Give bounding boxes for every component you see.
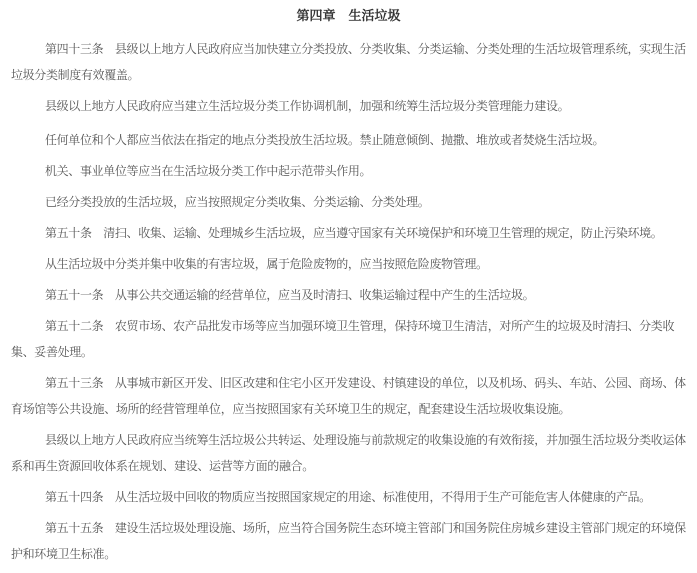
law-paragraph: 第五十二条 农贸市场、农产品批发市场等应当加强环境卫生管理，保持环境卫生清洁，对… [11, 313, 686, 365]
law-paragraph: 县级以上地方人民政府应当建立生活垃圾分类工作协调机制，加强和统筹生活垃圾分类管理… [11, 93, 686, 119]
law-paragraph: 第五十三条 从事城市新区开发、旧区改建和住宅小区开发建设、村镇建设的单位，以及机… [11, 370, 686, 422]
law-paragraph: 第五十五条 建设生活垃圾处理设施、场所，应当符合国务院生态环境主管部门和国务院住… [11, 515, 686, 567]
law-paragraph: 第五十四条 从生活垃圾中回收的物质应当按照国家规定的用途、标准使用，不得用于生产… [11, 484, 686, 510]
law-paragraph: 第四十三条 县级以上地方人民政府应当加快建立分类投放、分类收集、分类运输、分类处… [11, 36, 686, 88]
chapter-title: 第四章 生活垃圾 [11, 6, 686, 28]
law-paragraph: 任何单位和个人都应当依法在指定的地点分类投放生活垃圾。禁止随意倾倒、抛撒、堆放或… [11, 127, 686, 153]
law-paragraph: 第五十条 清扫、收集、运输、处理城乡生活垃圾，应当遵守国家有关环境保护和环境卫生… [11, 220, 686, 246]
law-paragraph: 从生活垃圾中分类并集中收集的有害垃圾，属于危险废物的，应当按照危险废物管理。 [11, 251, 686, 277]
document-page: 第四章 生活垃圾 第四十三条 县级以上地方人民政府应当加快建立分类投放、分类收集… [0, 0, 697, 573]
law-paragraph: 第五十一条 从事公共交通运输的经营单位，应当及时清扫、收集运输过程中产生的生活垃… [11, 282, 686, 308]
law-paragraph: 已经分类投放的生活垃圾，应当按照规定分类收集、分类运输、分类处理。 [11, 189, 686, 215]
law-paragraph: 机关、事业单位等应当在生活垃圾分类工作中起示范带头作用。 [11, 158, 686, 184]
law-paragraph: 县级以上地方人民政府应当统筹生活垃圾公共转运、处理设施与前款规定的收集设施的有效… [11, 427, 686, 479]
